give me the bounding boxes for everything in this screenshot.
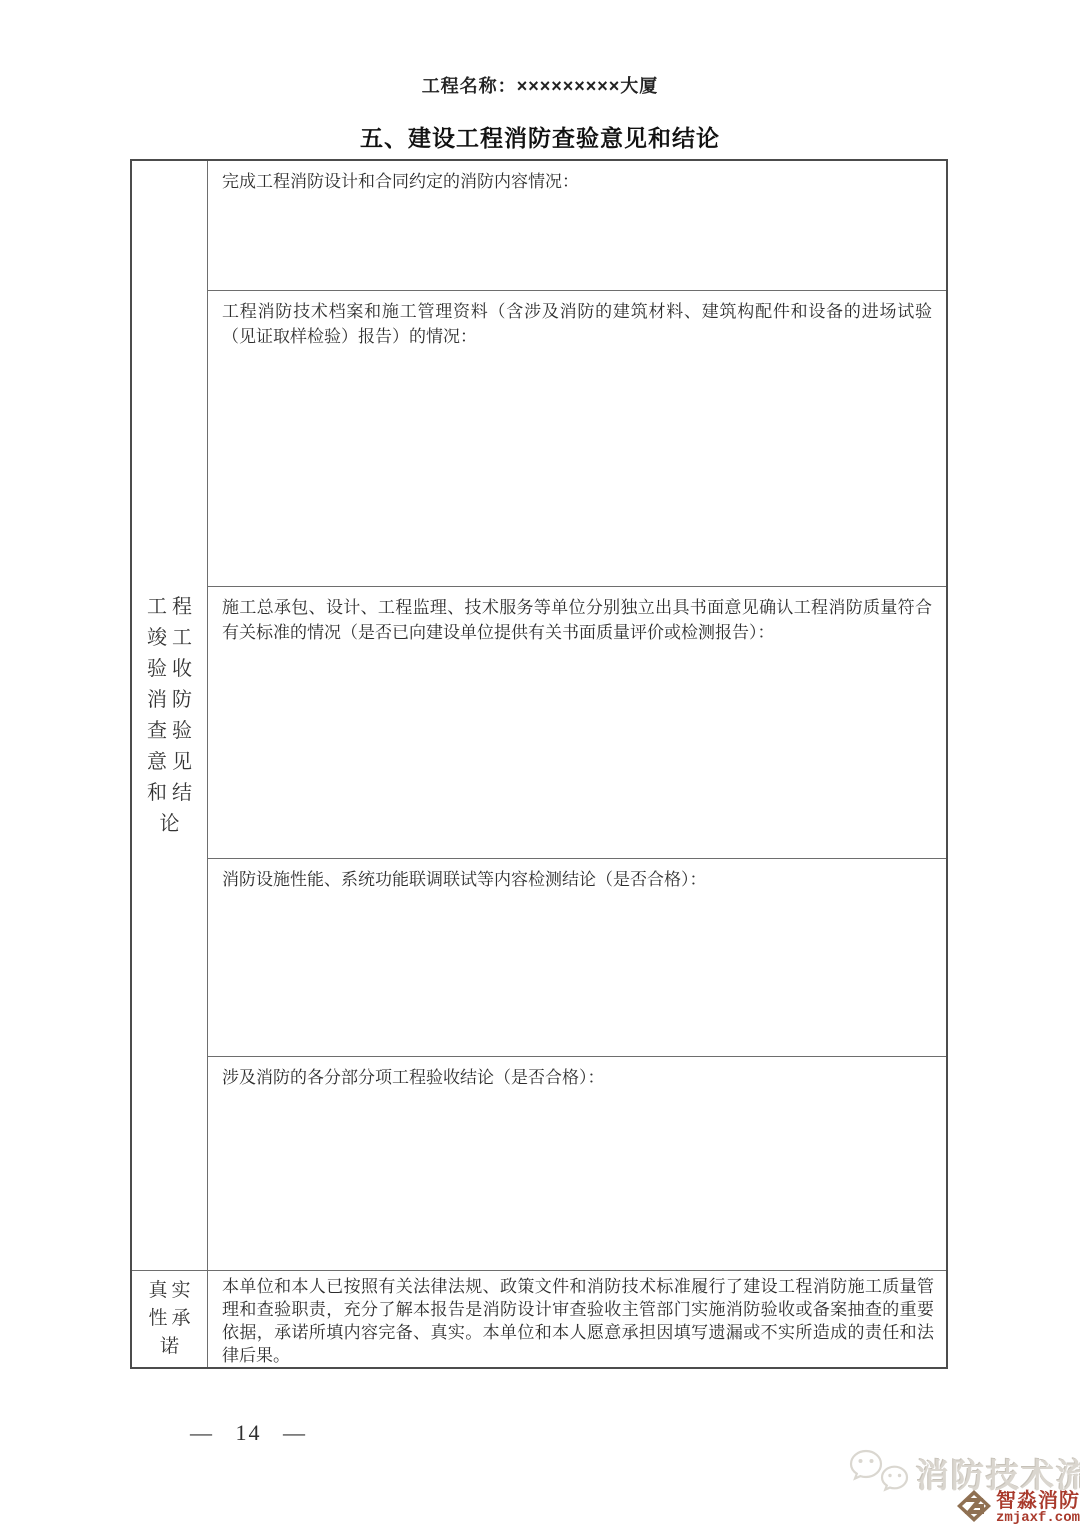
project-name-line: 工程名称：×××××××××大厦 xyxy=(0,72,1080,98)
fire-inspection-form-table: 工程 竣工 验收 消防 查验 意见 和结 论 完成工程消防设计和合同约定的消防内… xyxy=(130,159,948,1369)
header-line: 消防 xyxy=(142,685,197,716)
header-line: 意见 xyxy=(142,747,197,778)
inspection-section: 工程 竣工 验收 消防 查验 意见 和结 论 完成工程消防设计和合同约定的消防内… xyxy=(132,161,946,1270)
inspection-rows: 完成工程消防设计和合同约定的消防内容情况： 工程消防技术档案和施工管理资料（含涉… xyxy=(208,161,946,1270)
commitment-section: 真实 性承 诺 本单位和本人已按照有关法律法规、政策文件和消防技术标准履行了建设… xyxy=(132,1270,946,1367)
commitment-body: 本单位和本人已按照有关法律法规、政策文件和消防技术标准履行了建设工程消防施工质量… xyxy=(208,1271,946,1367)
header-line: 论 xyxy=(155,809,185,840)
inspection-row-subproject-acceptance: 涉及消防的各分部分项工程验收结论（是否合格）： xyxy=(208,1056,946,1270)
header-line: 查验 xyxy=(142,716,197,747)
header-line: 和结 xyxy=(142,778,197,809)
inspection-row-facility-test-conclusion: 消防设施性能、系统功能联调联试等内容检测结论（是否合格）： xyxy=(208,858,946,1056)
header-line: 验收 xyxy=(142,654,197,685)
header-line: 诺 xyxy=(156,1333,183,1361)
header-line: 工程 xyxy=(142,592,197,623)
page-title: 五、建设工程消防查验意见和结论 xyxy=(0,120,1080,153)
header-line: 竣工 xyxy=(142,623,197,654)
wechat-chat-bubbles-icon xyxy=(848,1448,910,1499)
company-website-text: zmjaxf.com xyxy=(996,1511,1080,1526)
project-name-value: ×××××××××大厦 xyxy=(517,76,659,96)
document-page: { "page": { "project_label": "工程名称：", "p… xyxy=(0,0,1080,1527)
inspection-row-technical-archives: 工程消防技术档案和施工管理资料（含涉及消防的建筑材料、建筑构配件和设备的进场试验… xyxy=(208,290,946,586)
header-line: 真实 xyxy=(144,1277,194,1305)
header-line: 性承 xyxy=(144,1305,194,1333)
commitment-section-header: 真实 性承 诺 xyxy=(132,1271,208,1367)
zhimiao-diamond-logo-icon xyxy=(956,1489,992,1527)
commitment-text: 本单位和本人已按照有关法律法规、政策文件和消防技术标准履行了建设工程消防施工质量… xyxy=(208,1271,946,1367)
company-name-text: 智淼消防 xyxy=(996,1491,1080,1511)
inspection-row-written-opinions: 施工总承包、设计、工程监理、技术服务等单位分别独立出具书面意见确认工程消防质量符… xyxy=(208,586,946,858)
page-number: — 14 — xyxy=(190,1420,307,1446)
project-name-label: 工程名称： xyxy=(422,76,517,96)
inspection-row-design-content: 完成工程消防设计和合同约定的消防内容情况： xyxy=(208,161,946,290)
inspection-section-header: 工程 竣工 验收 消防 查验 意见 和结 论 xyxy=(132,161,208,1270)
company-watermark: 智淼消防 zmjaxf.com xyxy=(956,1489,1080,1527)
